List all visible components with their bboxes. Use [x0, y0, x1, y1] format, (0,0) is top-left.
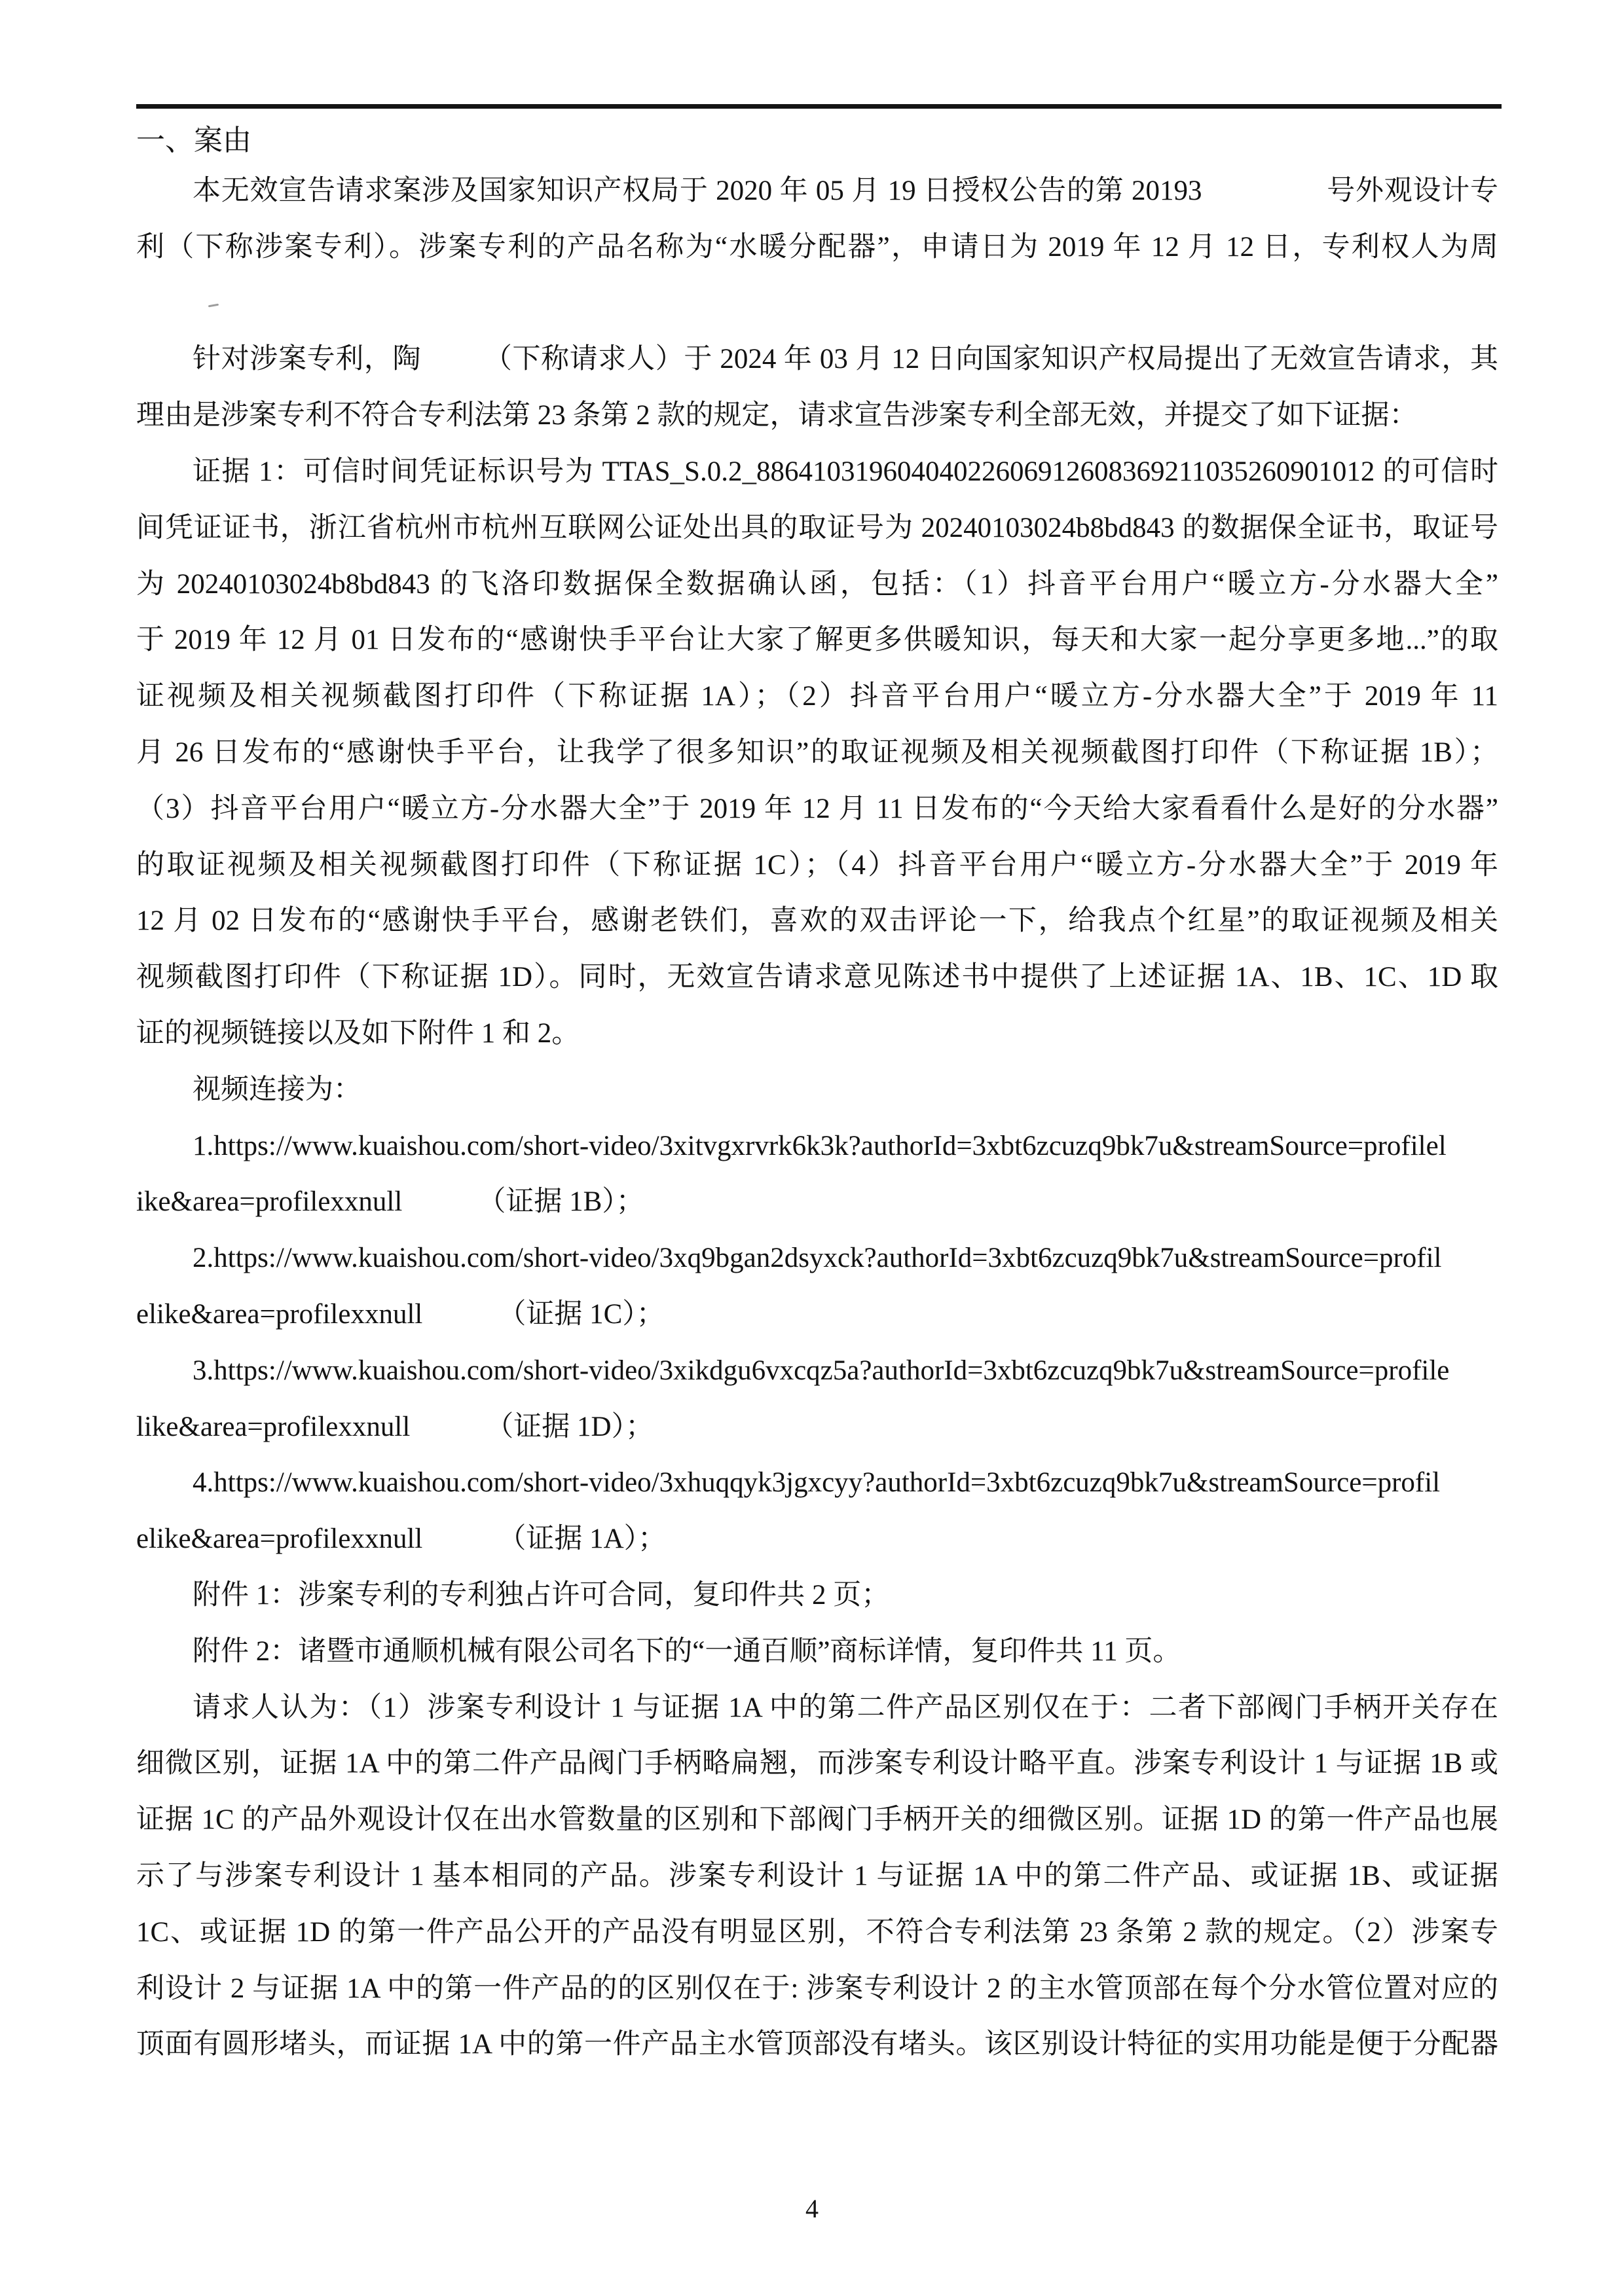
text-run: 为 20240103024b8bd843 的飞洛印数据保全数据确认函，包括：（1…	[136, 569, 1498, 600]
text-run: 1C、或证据 1D 的第一件产品公开的产品没有明显区别，不符合专利法第 23 条…	[136, 1917, 1498, 1948]
text-run: 本无效宣告请求案涉及国家知识产权局于 2020 年 05 月 19 日授权公告的…	[193, 175, 1202, 206]
text-run: 视频截图打印件（下称证据 1D）。同时，无效宣告请求意见陈述书中提供了上述证据 …	[136, 962, 1498, 993]
redaction-artifact-mark	[208, 304, 219, 308]
para1-line1: 本无效宣告请求案涉及国家知识产权局于 2020 年 05 月 19 日授权公告的…	[136, 163, 1498, 219]
evidence1-line7: （3）抖音平台用户“暖立方-分水器大全”于 2019 年 12 月 11 日发布…	[136, 781, 1498, 837]
text-run: ike&area=profilexxnull	[136, 1186, 402, 1217]
evidence1-line3: 为 20240103024b8bd843 的飞洛印数据保全数据确认函，包括：（1…	[136, 556, 1498, 613]
text-run: （证据 1C）；	[498, 1299, 664, 1330]
claims-line1: 请求人认为：（1）涉案专利设计 1 与证据 1A 中的第二件产品区别仅在于：二者…	[136, 1680, 1498, 1736]
document-page: 一、案由 本无效宣告请求案涉及国家知识产权局于 2020 年 05 月 19 日…	[0, 0, 1624, 2296]
text-run: 利设计 2 与证据 1A 中的第一件产品的的区别仅在于: 涉案专利设计 2 的主…	[136, 1973, 1498, 2004]
text-run: 附件 2：诸暨市通顺机械有限公司名下的“一通百顺”商标详情，复印件共 11 页。	[193, 1636, 1181, 1667]
text-run: 2.https://www.kuaishou.com/short-video/3…	[193, 1243, 1442, 1273]
text-run: （证据 1A）；	[498, 1523, 666, 1554]
evidence1-line8: 的取证视频及相关视频截图打印件（下称证据 1C）；（4）抖音平台用户“暖立方-分…	[136, 837, 1498, 894]
claims-line5: 1C、或证据 1D 的第一件产品公开的产品没有明显区别，不符合专利法第 23 条…	[136, 1904, 1498, 1961]
video-link4-line2: elike&area=profilexxnull（证据 1A）；	[136, 1511, 1498, 1567]
text-run: 的取证视频及相关视频截图打印件（下称证据 1C）；（4）抖音平台用户“暖立方-分…	[136, 850, 1498, 881]
evidence1-line4: 于 2019 年 12 月 01 日发布的“感谢快手平台让大家了解更多供暖知识，…	[136, 612, 1498, 668]
claims-line2: 细微区别，证据 1A 中的第二件产品阀门手柄略扁翘，而涉案专利设计略平直。涉案专…	[136, 1736, 1498, 1792]
text-run: 证视频及相关视频截图打印件（下称证据 1A）；（2）抖音平台用户“暖立方-分水器…	[136, 681, 1498, 712]
text-run: 间凭证证书，浙江省杭州市杭州互联网公证处出具的取证号为 20240103024b…	[136, 513, 1498, 543]
claims-line4: 示了与涉案专利设计 1 基本相同的产品。涉案专利设计 1 与证据 1A 中的第二…	[136, 1848, 1498, 1904]
redacted-gap	[422, 1547, 498, 1548]
video-link3-line2: like&area=profilexxnull（证据 1D）；	[136, 1399, 1498, 1455]
attachment2: 附件 2：诸暨市通顺机械有限公司名下的“一通百顺”商标详情，复印件共 11 页。	[136, 1624, 1498, 1680]
video-link1-line2: ike&area=profilexxnull（证据 1B）；	[136, 1174, 1498, 1230]
evidence1-line9: 12 月 02 日发布的“感谢快手平台，感谢老铁们，喜欢的双击评论一下，给我点个…	[136, 893, 1498, 949]
text-run: 视频连接为：	[193, 1074, 361, 1105]
redacted-gap	[1215, 199, 1326, 200]
text-run: （证据 1D）；	[485, 1412, 654, 1442]
text-run: 理由是涉案专利不符合专利法第 23 条第 2 款的规定，请求宣告涉案专利全部无效…	[136, 400, 1418, 431]
text-run: 号外观设计专	[1326, 175, 1498, 206]
evidence1-line5: 证视频及相关视频截图打印件（下称证据 1A）；（2）抖音平台用户“暖立方-分水器…	[136, 668, 1498, 725]
text-run: 针对涉案专利，陶	[193, 344, 421, 374]
video-link2-line2: elike&area=profilexxnull（证据 1C）；	[136, 1286, 1498, 1343]
video-link3-line1: 3.https://www.kuaishou.com/short-video/3…	[136, 1343, 1498, 1399]
text-run: elike&area=profilexxnull	[136, 1299, 422, 1330]
text-run: 12 月 02 日发布的“感谢快手平台，感谢老铁们，喜欢的双击评论一下，给我点个…	[136, 905, 1498, 936]
redacted-gap	[136, 312, 208, 312]
text-run: 细微区别，证据 1A 中的第二件产品阀门手柄略扁翘，而涉案专利设计略平直。涉案专…	[136, 1748, 1498, 1779]
text-run: 证的视频链接以及如下附件 1 和 2。	[136, 1018, 580, 1049]
section-heading: 一、案由	[136, 113, 1498, 169]
text-run: 附件 1：涉案专利的专利独占许可合同，复印件共 2 页；	[193, 1580, 889, 1611]
text-run: （下称请求人）于 2024 年 03 月 12 日向国家知识产权局提出了无效宣告…	[483, 344, 1498, 374]
evidence1-line1: 证据 1：可信时间凭证标识号为 TTAS_S.0.2_8864103196040…	[136, 444, 1498, 500]
text-run: 于 2019 年 12 月 01 日发布的“感谢快手平台让大家了解更多供暖知识，…	[136, 625, 1498, 655]
text-run: （证据 1B）；	[477, 1186, 644, 1217]
text-run: elike&area=profilexxnull	[136, 1523, 422, 1554]
text-run: 请求人认为：（1）涉案专利设计 1 与证据 1A 中的第二件产品区别仅在于：二者…	[193, 1692, 1498, 1723]
text-run: like&area=profilexxnull	[136, 1412, 410, 1442]
text-run: 4.https://www.kuaishou.com/short-video/3…	[193, 1467, 1440, 1498]
attachment1: 附件 1：涉案专利的专利独占许可合同，复印件共 2 页；	[136, 1567, 1498, 1624]
claims-line3: 证据 1C 的产品外观设计仅在出水管数量的区别和下部阀门手柄开关的细微区别。证据…	[136, 1792, 1498, 1848]
document-body: 本无效宣告请求案涉及国家知识产权局于 2020 年 05 月 19 日授权公告的…	[136, 163, 1498, 2073]
video-link2-line1: 2.https://www.kuaishou.com/short-video/3…	[136, 1230, 1498, 1286]
para1-line2: 利（下称涉案专利）。涉案专利的产品名称为“水暖分配器”，申请日为 2019 年 …	[136, 219, 1498, 276]
text-run: 证据 1：可信时间凭证标识号为 TTAS_S.0.2_8864103196040…	[193, 456, 1498, 487]
text-run: 3.https://www.kuaishou.com/short-video/3…	[193, 1355, 1449, 1386]
claims-line6: 利设计 2 与证据 1A 中的第一件产品的的区别仅在于: 涉案专利设计 2 的主…	[136, 1961, 1498, 2017]
text-run: 月 26 日发布的“感谢快手平台，让我学了很多知识”的取证视频及相关视频截图打印…	[136, 737, 1498, 768]
video-link4-line1: 4.https://www.kuaishou.com/short-video/3…	[136, 1455, 1498, 1511]
text-run: 示了与涉案专利设计 1 基本相同的产品。涉案专利设计 1 与证据 1A 中的第二…	[136, 1861, 1498, 1891]
page-number: 4	[0, 2193, 1624, 2225]
text-run: 利（下称涉案专利）。涉案专利的产品名称为“水暖分配器”，申请日为 2019 年 …	[136, 232, 1498, 263]
text-run: 证据 1C 的产品外观设计仅在出水管数量的区别和下部阀门手柄开关的细微区别。证据…	[136, 1804, 1498, 1835]
evidence1-line11: 证的视频链接以及如下附件 1 和 2。	[136, 1006, 1498, 1062]
video-link1-line1: 1.https://www.kuaishou.com/short-video/3…	[136, 1118, 1498, 1175]
redacted-gap	[410, 1435, 485, 1436]
claims-line7: 顶面有圆形堵头，而证据 1A 中的第一件产品主水管顶部没有堵头。该区别设计特征的…	[136, 2016, 1498, 2073]
redacted-gap	[402, 1210, 477, 1211]
para2-line1: 针对涉案专利，陶（下称请求人）于 2024 年 03 月 12 日向国家知识产权…	[136, 331, 1498, 388]
redacted-gap	[422, 1322, 498, 1323]
text-run: 1.https://www.kuaishou.com/short-video/3…	[193, 1131, 1447, 1161]
evidence1-line2: 间凭证证书，浙江省杭州市杭州互联网公证处出具的取证号为 20240103024b…	[136, 500, 1498, 556]
para2-line2: 理由是涉案专利不符合专利法第 23 条第 2 款的规定，请求宣告涉案专利全部无效…	[136, 388, 1498, 444]
clipped-digit: 0	[1202, 173, 1215, 207]
evidence1-line10: 视频截图打印件（下称证据 1D）。同时，无效宣告请求意见陈述书中提供了上述证据 …	[136, 949, 1498, 1006]
text-run: 顶面有圆形堵头，而证据 1A 中的第一件产品主水管顶部没有堵头。该区别设计特征的…	[136, 2029, 1498, 2060]
redacted-gap	[421, 367, 483, 368]
video-links-intro: 视频连接为：	[136, 1062, 1498, 1118]
evidence1-line6: 月 26 日发布的“感谢快手平台，让我学了很多知识”的取证视频及相关视频截图打印…	[136, 725, 1498, 781]
para1-line3-redacted	[136, 276, 1498, 332]
header-rule	[136, 104, 1502, 109]
text-run: （3）抖音平台用户“暖立方-分水器大全”于 2019 年 12 月 11 日发布…	[136, 793, 1498, 824]
